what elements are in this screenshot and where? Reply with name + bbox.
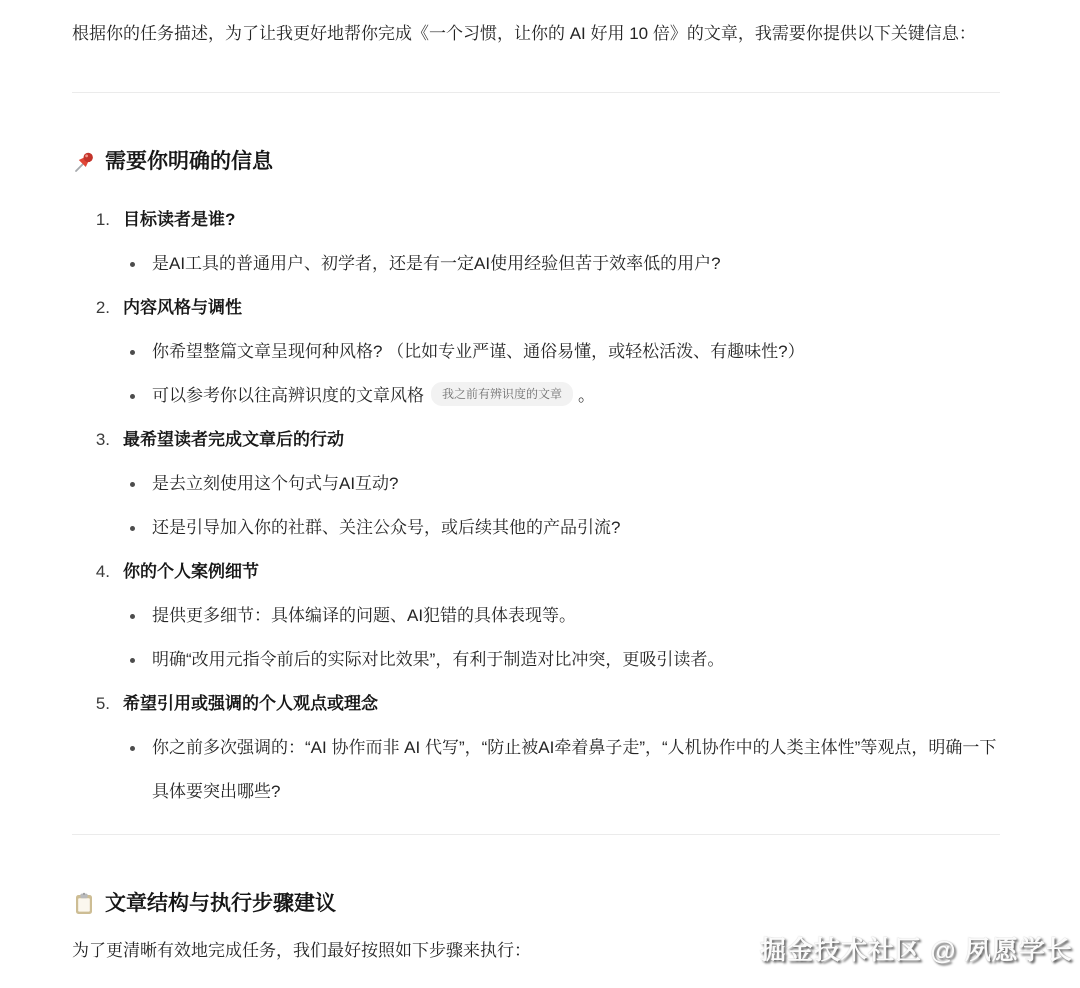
item-number: 5. [82,682,110,726]
bullet-dot [130,526,135,531]
list-item: 2. 内容风格与调性 [72,286,1000,330]
bullet-dot [130,394,135,399]
section-title: 文章结构与执行步骤建议 [105,889,336,919]
bullet-dot [130,350,135,355]
section-divider [72,92,1000,93]
item-number: 1. [82,198,110,242]
pushpin-icon [72,150,96,174]
bullet-dot [130,482,135,487]
bullet-text: 明确“改用元指令前后的实际对比效果”，有利于制造对比冲突，更吸引读者。 [152,638,724,682]
bullet-text: 是去立刻使用这个句式与AI互动? [152,462,399,506]
bullet-dot [130,614,135,619]
item-title: 希望引用或强调的个人观点或理念 [123,682,378,726]
section-divider [72,834,1000,835]
bullet-text: 还是引导加入你的社群、关注公众号，或后续其他的产品引流? [152,506,620,550]
bullet-item: 明确“改用元指令前后的实际对比效果”，有利于制造对比冲突，更吸引读者。 [72,638,1000,682]
bullet-dot [130,262,135,267]
list-item: 4. 你的个人案例细节 [72,550,1000,594]
bullet-dot [130,658,135,663]
item-title: 内容风格与调性 [123,286,242,330]
item-title: 目标读者是谁? [123,198,235,242]
bullet-item: 还是引导加入你的社群、关注公众号，或后续其他的产品引流? [72,506,1000,550]
bullet-text: 你之前多次强调的：“AI 协作而非 AI 代写”，“防止被AI牵着鼻子走”，“人… [152,726,1000,814]
list-item: 3. 最希望读者完成文章后的行动 [72,418,1000,462]
bullet-item: 你希望整篇文章呈现何种风格? （比如专业严谨、通俗易懂，或轻松活泼、有趣味性?） [72,330,1000,374]
list-item: 5. 希望引用或强调的个人观点或理念 [72,682,1000,726]
bullet-item: 提供更多细节：具体编译的问题、AI犯错的具体表现等。 [72,594,1000,638]
bullet-item: 是AI工具的普通用户、初学者，还是有一定AI使用经验但苦于效率低的用户? [72,242,1000,286]
intro-paragraph: 根据你的任务描述，为了让我更好地帮你完成《一个习惯，让你的 AI 好用 10 倍… [72,15,1000,52]
bullet-text: 可以参考你以往高辨识度的文章风格我之前有辨识度的文章。 [152,374,595,418]
item-number: 4. [82,550,110,594]
item-title: 你的个人案例细节 [123,550,259,594]
bullet-text-main: 可以参考你以往高辨识度的文章风格 [152,386,424,405]
bullet-text: 提供更多细节：具体编译的问题、AI犯错的具体表现等。 [152,594,576,638]
watermark: 掘金技术社区 @ 夙愿学长 [760,930,1073,967]
bullet-item: 可以参考你以往高辨识度的文章风格我之前有辨识度的文章。 [72,374,1000,418]
item-title: 最希望读者完成文章后的行动 [123,418,344,462]
clipboard-icon [72,892,96,916]
bullet-text-suffix: 。 [578,386,595,405]
response-content: 根据你的任务描述，为了让我更好地帮你完成《一个习惯，让你的 AI 好用 10 倍… [0,0,1080,966]
list-item: 1. 目标读者是谁? [72,198,1000,242]
section-title: 需要你明确的信息 [105,147,273,177]
item-number: 2. [82,286,110,330]
section-heading-info: 需要你明确的信息 [72,147,1000,177]
bullet-dot [130,746,135,751]
bullet-item: 你之前多次强调的：“AI 协作而非 AI 代写”，“防止被AI牵着鼻子走”，“人… [72,726,1000,814]
item-number: 3. [82,418,110,462]
reference-chip[interactable]: 我之前有辨识度的文章 [431,382,573,406]
bullet-text: 你希望整篇文章呈现何种风格? （比如专业严谨、通俗易懂，或轻松活泼、有趣味性?） [152,330,805,374]
bullet-item: 是去立刻使用这个句式与AI互动? [72,462,1000,506]
numbered-list: 1. 目标读者是谁? 是AI工具的普通用户、初学者，还是有一定AI使用经验但苦于… [72,198,1000,814]
bullet-text: 是AI工具的普通用户、初学者，还是有一定AI使用经验但苦于效率低的用户? [152,242,721,286]
section-heading-structure: 文章结构与执行步骤建议 [72,889,1000,919]
chat-response-view: 根据你的任务描述，为了让我更好地帮你完成《一个习惯，让你的 AI 好用 10 倍… [0,0,1080,988]
